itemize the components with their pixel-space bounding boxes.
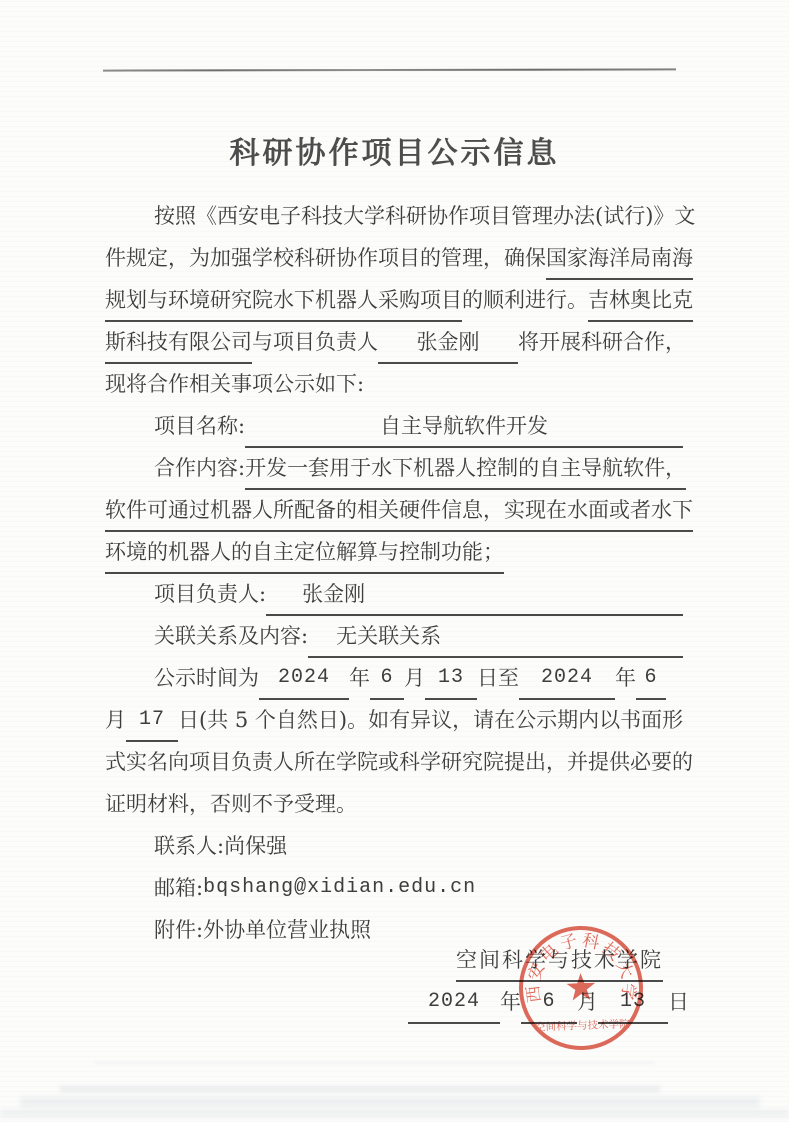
text-segment: 斯科技有限公司 [105, 322, 252, 364]
page-title: 科研协作项目公示信息 [0, 128, 789, 172]
intro-line-5: 现将合作相关事项公示如下: [105, 364, 683, 406]
text-segment: 开发一套用于水下机器人控制的自主导航软件， [245, 448, 686, 490]
text-segment: 件规定，为加强学校科研协作项目的管理，确保 [105, 238, 546, 278]
scan-smudge [20, 1097, 760, 1107]
contact-email: bqshang@xidian.edu.cn [203, 868, 476, 908]
text-segment: 按照《西安电子科技大学科研协作项目管理办法(试行)》文 [154, 196, 695, 236]
contact-person: 联系人:尚保强 [154, 826, 287, 866]
text-segment: 月 [105, 700, 126, 740]
line-publicity-period-3: 式实名向项目负责人所在学院或科学研究院提出，并提供必要的 [105, 742, 683, 784]
text-segment: 将开展科研合作， [518, 322, 686, 362]
line-cooperation-content-1: 合作内容:开发一套用于水下机器人控制的自主导航软件， [105, 448, 683, 490]
text-segment: 项目名称: [154, 406, 245, 446]
text-segment: 与项目负责人 [252, 322, 378, 362]
line-email: 邮箱:bqshang@xidian.edu.cn [105, 868, 683, 910]
line-publicity-period-2: 月17日(共 5 个自然日)。如有异议，请在公示期内以书面形 [105, 700, 683, 742]
text-segment: 日至 [477, 658, 519, 698]
text-segment: 环境的机器人的自主定位解算与控制功能； [105, 532, 504, 574]
text-segment: 关联关系及内容: [154, 616, 308, 656]
line-cooperation-content-3: 环境的机器人的自主定位解算与控制功能； [105, 532, 683, 574]
end-day-value: 17 [126, 700, 178, 742]
text-segment: 公示时间为 [154, 658, 259, 698]
partner-leader-name-value: 张金刚 [378, 322, 518, 364]
text-segment: 国家海洋局南海 [546, 238, 693, 280]
line-project-leader: 项目负责人:张金刚 [105, 574, 683, 616]
line-relation: 关联关系及内容:无关联关系 [105, 616, 683, 658]
text-segment: 证明材料，否则不予受理。 [105, 784, 357, 824]
relation-value: 无关联关系 [308, 616, 683, 658]
seal-bottom-text: 空间科学与技术学院 [535, 1017, 630, 1033]
line-publicity-period-4: 证明材料，否则不予受理。 [105, 784, 683, 826]
start-month-value: 6 [370, 658, 404, 700]
text-segment: 合作内容: [154, 448, 245, 488]
text-segment: 日(共 5 个自然日)。如有异议，请在公示期内以书面形 [178, 700, 683, 740]
project-name-value: 自主导航软件开发 [245, 406, 683, 448]
sign-year-value: 2024 [408, 982, 500, 1024]
line-cooperation-content-2: 软件可通过机器人所配备的相关硬件信息，实现在水面或者水下 [105, 490, 683, 532]
start-year-value: 2024 [259, 658, 349, 700]
leader-name-value: 张金刚 [266, 574, 683, 616]
line-project-name: 项目名称:自主导航软件开发 [105, 406, 683, 448]
text-segment: 规划与环境研究院水下机器人采购项目 [105, 280, 462, 322]
intro-line-1: 按照《西安电子科技大学科研协作项目管理办法(试行)》文 [105, 196, 683, 238]
scan-smudge [0, 1109, 789, 1118]
text-segment: 年 [615, 658, 636, 698]
line-publicity-period-1: 公示时间为2024年6月13日至2024年6 [105, 658, 683, 700]
start-day-value: 13 [425, 658, 477, 700]
star-icon [566, 973, 595, 1001]
intro-line-4: 斯科技有限公司与项目负责人张金刚将开展科研合作， [105, 322, 683, 364]
scanned-notice-page: 科研协作项目公示信息 按照《西安电子科技大学科研协作项目管理办法(试行)》文 件… [0, 0, 789, 1122]
text-segment: 月 [404, 658, 425, 698]
text-segment: 邮箱: [154, 868, 203, 908]
intro-line-3: 规划与环境研究院水下机器人采购项目的顺利进行。吉林奥比克 [105, 280, 683, 322]
official-seal-stamp: 西安电子科技大学 空间科学与技术学院 [503, 910, 658, 1065]
text-segment: 项目负责人: [154, 574, 266, 614]
end-year-value: 2024 [519, 658, 615, 700]
scan-edge-line [103, 68, 676, 71]
text-segment: 的顺利进行。 [462, 280, 588, 320]
text-segment: 吉林奥比克 [588, 280, 693, 322]
text-segment: 软件可通过机器人所配备的相关硬件信息，实现在水面或者水下 [105, 490, 693, 532]
line-contact: 联系人:尚保强 [105, 826, 683, 868]
intro-line-2: 件规定，为加强学校科研协作项目的管理，确保国家海洋局南海 [105, 238, 683, 280]
text-segment: 日 [668, 982, 689, 1022]
text-segment: 现将合作相关事项公示如下: [105, 364, 364, 404]
text-segment: 式实名向项目负责人所在学院或科学研究院提出，并提供必要的 [105, 742, 693, 782]
text-segment: 年 [349, 658, 370, 698]
end-month-value: 6 [636, 658, 666, 700]
notice-body: 按照《西安电子科技大学科研协作项目管理办法(试行)》文 件规定，为加强学校科研协… [105, 196, 683, 952]
scan-smudge [60, 1086, 660, 1092]
